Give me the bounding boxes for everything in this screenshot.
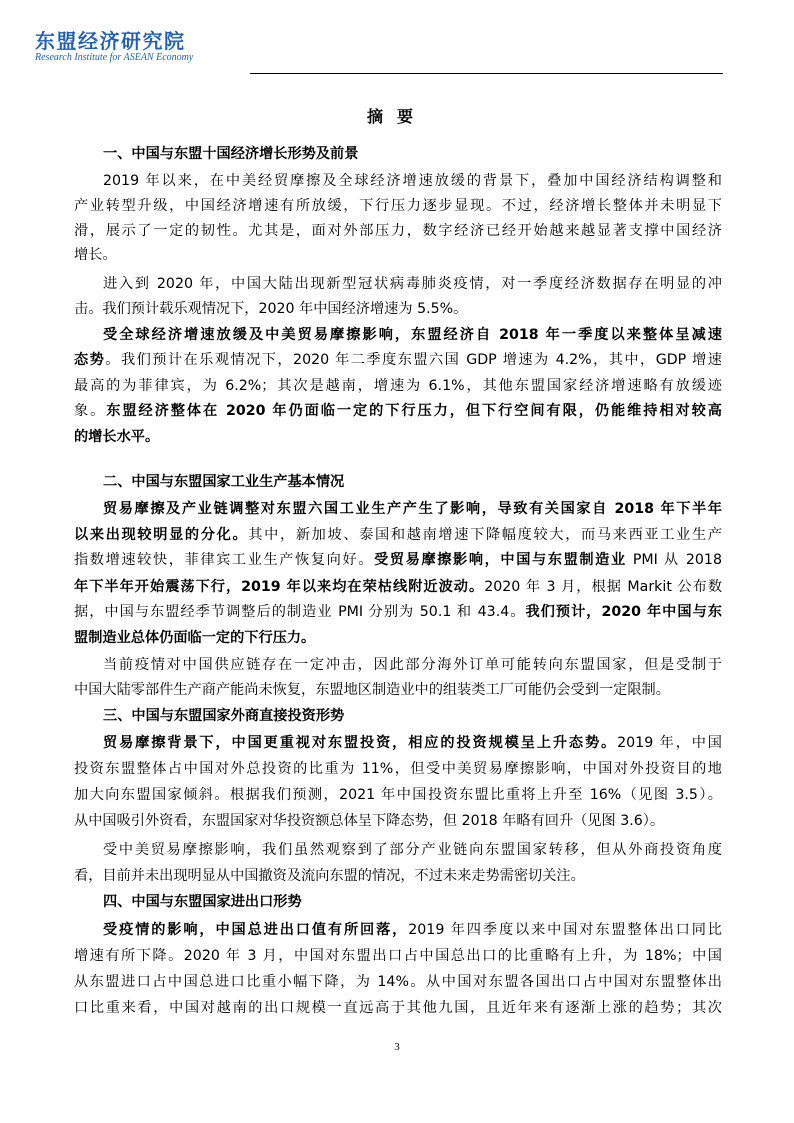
paragraph-line: 贸易摩擦及产业链调整对东盟六国工业生产产生了影响，导致有关国家自 2018 年下… — [103, 500, 722, 518]
paragraph-line: 2019 年以来，在中美经贸摩擦及全球经济增速放缓的背景下，叠加中国经济结构调整… — [103, 172, 722, 190]
paragraph-line: 口比重来看，中国对越南的出口规模一直远高于其他九国，且近年来有逐渐上涨的趋势；其… — [74, 999, 722, 1017]
logo-chinese-name: 东盟经济研究院 — [35, 25, 186, 54]
paragraph-line: 滑，展示了一定的韧性。尤其是，面对外部压力，数字经济已经开始越来越显著支撑中国经… — [74, 222, 722, 240]
text: 2019 年四季度以来中国对东盟整体出口同比 — [408, 922, 722, 938]
paragraph-line: 中国大陆零部件生产商产能尚未恢复，东盟地区制造业中的组装类工厂可能仍会受到一定限… — [74, 681, 722, 699]
paragraph-line: 投资东盟整体占中国对外总投资的比重为 11%，但受中美贸易摩擦影响，中国对外投资… — [74, 760, 722, 778]
page-title: 摘要 — [0, 104, 794, 127]
text: 口比重来看，中国对越南的出口规模一直远高于其他九国，且近年来有逐渐上涨的趋势；其… — [74, 1000, 722, 1016]
bold-text: 以来出现较明显的分化。 — [74, 527, 248, 543]
logo-english-name: Research Institute for ASEAN Economy — [35, 52, 193, 63]
text: 从中国吸引外资看，东盟国家对华投资额总体呈下降态势，但 2018 年略有回升（见… — [74, 813, 664, 829]
paragraph-line: 产业转型升级，中国经济增速有所放缓，下行压力逐步显现。不过，经济增长整体并未明显… — [74, 197, 722, 215]
paragraph-line: 增速有所下降。2020 年 3 月，中国对东盟出口占中国总出口的比重略有上升，为… — [74, 947, 722, 965]
bold-text: 我们预计，2020 年中国与东 — [525, 604, 722, 620]
text: 当前疫情对中国供应链存在一定冲击，因此部分海外订单可能转向东盟国家，但是受制于 — [103, 657, 722, 673]
paragraph-line: 受全球经济增速放缓及中美贸易摩擦影响，东盟经济自 2018 年一季度以来整体呈减… — [103, 326, 722, 344]
paragraph-line: 当前疫情对中国供应链存在一定冲击，因此部分海外订单可能转向东盟国家，但是受制于 — [103, 656, 722, 674]
bold-text: 盟制造业总体仍面临一定的下行压力。 — [74, 630, 315, 646]
text: PMI 从 2018 — [627, 552, 722, 568]
paragraph-line: 最高的为菲律宾，为 6.2%；其次是越南，增速为 6.1%，其他东盟国家经济增速… — [74, 377, 722, 395]
paragraph-line: 据，中国与东盟经季节调整后的制造业 PMI 分别为 50.1 和 43.4。我们… — [74, 603, 722, 621]
paragraph-line: 态势。我们预计在乐观情况下，2020 年二季度东盟六国 GDP 增速为 4.2%… — [74, 351, 722, 369]
paragraph-line: 增长。 — [74, 246, 722, 264]
text: 指数增速较快，菲律宾工业生产恢复向好。 — [74, 552, 374, 568]
text: 最高的为菲律宾，为 6.2%；其次是越南，增速为 6.1%，其他东盟国家经济增速… — [74, 378, 722, 394]
paragraph-line: 盟制造业总体仍面临一定的下行压力。 — [74, 629, 722, 647]
text: 象。 — [74, 403, 106, 419]
bold-text: 受疫情的影响，中国总进出口值有所回落， — [103, 922, 408, 938]
paragraph-line: 受疫情的影响，中国总进出口值有所回落，2019 年四季度以来中国对东盟整体出口同… — [103, 921, 722, 939]
text: 受中美贸易摩擦影响，我们虽然观察到了部分产业链向东盟国家转移，但从外商投资角度 — [103, 842, 722, 858]
section-heading: 四、中国与东盟国家进出口形势 — [103, 893, 722, 911]
page-number: 3 — [0, 1041, 794, 1053]
bold-text: 受全球经济增速放缓及中美贸易摩擦影响，东盟经济自 2018 年一季度以来整体呈减… — [103, 327, 722, 343]
paragraph-line: 从东盟进口占中国总进口比重小幅下降，为 14%。从中国对东盟各国出口占中国对东盟… — [74, 973, 722, 991]
paragraph-line: 击。我们预计载乐观情况下，2020 年中国经济增速为 5.5%。 — [74, 300, 722, 318]
bold-text: 贸易摩擦背景下，中国更重视对东盟投资，相应的投资规模呈上升态势。 — [103, 735, 617, 751]
paragraph-line: 以来出现较明显的分化。其中，新加坡、泰国和越南增速下降幅度较大，而马来西亚工业生… — [74, 526, 722, 544]
text: 击。我们预计载乐观情况下，2020 年中国经济增速为 5.5%。 — [74, 301, 467, 317]
text: 进入到 2020 年，中国大陆出现新型冠状病毒肺炎疫情，对一季度经济数据存在明显… — [103, 276, 722, 292]
text: 增长。 — [74, 247, 117, 263]
header-divider — [250, 73, 723, 74]
text: 加大向东盟国家倾斜。根据我们预测，2021 年中国投资东盟比重将上升至 16%（… — [74, 787, 722, 803]
paragraph-line: 贸易摩擦背景下，中国更重视对东盟投资，相应的投资规模呈上升态势。2019 年，中… — [103, 734, 722, 752]
paragraph-line: 指数增速较快，菲律宾工业生产恢复向好。受贸易摩擦影响，中国与东盟制造业 PMI … — [74, 551, 722, 569]
paragraph-line: 看，目前并未出现明显从中国撤资及流向东盟的情况，不过未来走势需密切关注。 — [74, 867, 722, 885]
text: 投资东盟整体占中国对外总投资的比重为 11%，但受中美贸易摩擦影响，中国对外投资… — [74, 761, 722, 777]
section-heading: 一、中国与东盟十国经济增长形势及前景 — [103, 145, 722, 163]
paragraph-line: 的增长水平。 — [74, 428, 722, 446]
text: 2019 年以来，在中美经贸摩擦及全球经济增速放缓的背景下，叠加中国经济结构调整… — [103, 173, 722, 189]
text: 看，目前并未出现明显从中国撤资及流向东盟的情况，不过未来走势需密切关注。 — [74, 868, 585, 884]
text: 据，中国与东盟经季节调整后的制造业 PMI 分别为 50.1 和 43.4。 — [74, 604, 525, 620]
text: 滑，展示了一定的韧性。尤其是，面对外部压力，数字经济已经开始越来越显著支撑中国经… — [74, 223, 722, 239]
text: 其中，新加坡、泰国和越南增速下降幅度较大，而马来西亚工业生产 — [248, 527, 722, 543]
paragraph-line: 受中美贸易摩擦影响，我们虽然观察到了部分产业链向东盟国家转移，但从外商投资角度 — [103, 841, 722, 859]
text: 增速有所下降。2020 年 3 月，中国对东盟出口占中国总出口的比重略有上升，为… — [74, 948, 722, 964]
text: 2019 年，中国 — [617, 735, 722, 751]
paragraph-line: 年下半年开始震荡下行，2019 年以来均在荣枯线附近波动。2020 年 3 月，… — [74, 578, 722, 596]
bold-text: 年下半年开始震荡下行，2019 年以来均在荣枯线附近波动。 — [74, 579, 484, 595]
section-heading: 二、中国与东盟国家工业生产基本情况 — [103, 473, 722, 491]
text: 中国大陆零部件生产商产能尚未恢复，东盟地区制造业中的组装类工厂可能仍会受到一定限… — [74, 682, 670, 698]
paragraph-line: 象。东盟经济整体在 2020 年仍面临一定的下行压力，但下行空间有限，仍能维持相… — [74, 402, 722, 420]
text: 2020 年 3 月，根据 Markit 公布数 — [484, 579, 722, 595]
text: 。我们预计在乐观情况下，2020 年二季度东盟六国 GDP 增速为 4.2%，其… — [105, 352, 722, 368]
section-heading: 三、中国与东盟国家外商直接投资形势 — [103, 707, 722, 725]
paragraph-line: 进入到 2020 年，中国大陆出现新型冠状病毒肺炎疫情，对一季度经济数据存在明显… — [103, 275, 722, 293]
text: 产业转型升级，中国经济增速有所放缓，下行压力逐步显现。不过，经济增长整体并未明显… — [74, 198, 722, 214]
text: 从东盟进口占中国总进口比重小幅下降，为 14%。从中国对东盟各国出口占中国对东盟… — [74, 974, 722, 990]
bold-text: 的增长水平。 — [74, 429, 159, 445]
bold-text: 东盟经济整体在 2020 年仍面临一定的下行压力，但下行空间有限，仍能维持相对较… — [106, 403, 722, 419]
bold-text: 贸易摩擦及产业链调整对东盟六国工业生产产生了影响，导致有关国家自 2018 年下… — [103, 501, 722, 517]
paragraph-line: 从中国吸引外资看，东盟国家对华投资额总体呈下降态势，但 2018 年略有回升（见… — [74, 812, 722, 830]
bold-text: 受贸易摩擦影响，中国与东盟制造业 — [374, 552, 627, 568]
bold-text: 态势 — [74, 352, 105, 368]
paragraph-line: 加大向东盟国家倾斜。根据我们预测，2021 年中国投资东盟比重将上升至 16%（… — [74, 786, 722, 804]
